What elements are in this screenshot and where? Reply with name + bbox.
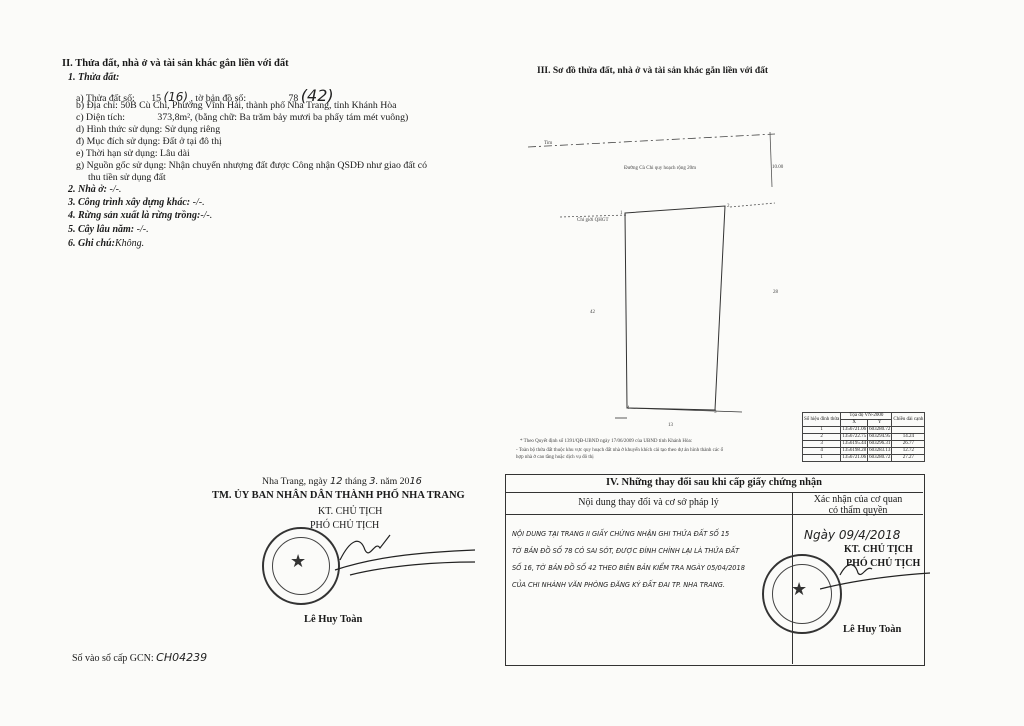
col-header-coords: Tọa độ VN-2000	[841, 413, 892, 420]
forest-value: -/-.	[200, 210, 212, 221]
diagram-note-3: hợp nhà ở cao tầng hoặc dịch vụ đô thị	[516, 455, 594, 460]
register-row: Số vào sổ cấp GCN: CH04239	[72, 651, 207, 664]
origin-line-1: g) Nguồn gốc sử dụng: Nhận chuyển nhượng…	[76, 160, 427, 171]
other-construction-row: 3. Công trình xây dựng khác: -/-.	[68, 197, 205, 208]
change-line-2: TỜ BẢN ĐỒ SỐ 78 CÓ SAI SÓT, ĐƯỢC ĐÍNH CH…	[512, 543, 745, 560]
issuing-org: TM. ỦY BAN NHÂN DÂN THÀNH PHỐ NHA TRANG	[212, 490, 465, 501]
center-line-label: Tim	[544, 141, 552, 146]
perennial-label: 5. Cây lâu năm:	[68, 224, 134, 235]
col-header-vertex: Số hiệu đỉnh thửa	[803, 413, 841, 427]
road-label: Đường Cù Chi quy hoạch rộng 20m	[624, 166, 696, 171]
forest-label: 4. Rừng sản xuất là rừng trồng:	[68, 210, 200, 221]
vertex-2: 2	[727, 204, 730, 209]
area-label: c) Diện tích:	[76, 112, 125, 123]
confirm-role-1: KT. CHỦ TỊCH	[844, 544, 913, 555]
signature-right	[820, 555, 930, 595]
signer-name-left: Lê Huy Toàn	[304, 614, 362, 625]
neighbor-bottom: 13	[668, 423, 673, 428]
col-header-x: X	[841, 420, 868, 427]
coordinate-table: Số hiệu đỉnh thửa Tọa độ VN-2000 Chiều d…	[802, 412, 925, 462]
house-value: -/-.	[109, 184, 121, 195]
date-year-label: năm 20	[380, 476, 409, 487]
table-row: 11356721.06603280.72	[803, 427, 925, 434]
perennial-row: 5. Cây lâu năm: -/-.	[68, 224, 149, 235]
change-line-3: SỐ 16, TỜ BẢN ĐỒ SỐ 42 THEO BIÊN BẢN KIỂ…	[512, 560, 745, 577]
issue-date-line: Nha Trang, ngày 12 tháng 3. năm 2016	[262, 476, 422, 487]
note-label: 6. Ghi chú:	[68, 238, 115, 249]
table-row: 11356721.06603280.7227.27	[803, 455, 925, 462]
use-form: d) Hình thức sử dụng: Sử dụng riêng	[76, 124, 220, 135]
col-header-confirm-line1: Xác nhận của cơ quan	[793, 494, 923, 505]
change-content: NỘI DUNG TẠI TRANG II GIẤY CHỨNG NHẬN GH…	[512, 526, 745, 594]
col-header-content: Nội dung thay đổi và cơ sở pháp lý	[505, 497, 792, 508]
diagram-note-1: * Theo Quyết định số 1391/QĐ-UBND ngày 1…	[520, 439, 692, 444]
table-row: 31356195.44603296.3126.77	[803, 441, 925, 448]
col-header-length: Chiều dài cạnh	[892, 413, 925, 427]
other-construction-value: -/-.	[193, 197, 205, 208]
col-header-confirm-line2: có thẩm quyền	[793, 505, 923, 516]
date-month-label: tháng	[345, 476, 367, 487]
section-2-title: II. Thửa đất, nhà ở và tài sản khác gắn …	[62, 58, 289, 69]
use-term: e) Thời hạn sử dụng: Lâu dài	[76, 148, 190, 159]
other-construction-label: 3. Công trình xây dựng khác:	[68, 197, 190, 208]
note-row: 6. Ghi chú:Không.	[68, 238, 144, 249]
col-header-confirm: Xác nhận của cơ quan có thẩm quyền	[793, 494, 923, 516]
official-stamp-left: ★	[262, 527, 340, 605]
forest-row: 4. Rừng sản xuất là rừng trồng:-/-.	[68, 210, 212, 221]
star-icon: ★	[791, 579, 807, 600]
section-3-title: III. Sơ đồ thửa đất, nhà ở và tài sản kh…	[537, 66, 768, 76]
section-4-title: IV. Những thay đổi sau khi cấp giấy chứn…	[505, 474, 923, 493]
date-day: 12	[330, 476, 342, 487]
boundary-label: Chỉ giới QHGT	[577, 218, 609, 223]
neighbor-left: 42	[590, 310, 595, 315]
house-label: 2. Nhà ở:	[68, 184, 107, 195]
area-row: c) Diện tích: 373,8m², (bằng chữ: Ba tră…	[76, 112, 408, 123]
perennial-value: -/-.	[137, 224, 149, 235]
date-prefix: Nha Trang, ngày	[262, 476, 328, 487]
change-line-1: NỘI DUNG TẠI TRANG II GIẤY CHỨNG NHẬN GH…	[512, 526, 745, 543]
role-kt-chairman: KT. CHỦ TỊCH	[318, 506, 382, 517]
vertex-4: 4	[627, 406, 630, 411]
note-value: Không.	[115, 238, 144, 249]
house-row: 2. Nhà ở: -/-.	[68, 184, 121, 195]
diagram-note-2: - Toàn bộ thửa đất thuộc khu vực quy hoạ…	[516, 448, 723, 453]
width-mark: 10.00	[772, 165, 783, 170]
vertex-3: 3	[714, 410, 717, 415]
confirm-signer: Lê Huy Toàn	[843, 624, 901, 635]
table-row: 21356722.75603294.9514.24	[803, 434, 925, 441]
confirm-date: Ngày 09/4/2018	[804, 528, 900, 542]
star-icon: ★	[290, 551, 306, 572]
neighbor-right: 28	[773, 290, 778, 295]
register-label: Số vào sổ cấp GCN:	[72, 653, 154, 664]
address: b) Địa chỉ: 50B Cù Chi, Phường Vĩnh Hải,…	[76, 100, 397, 111]
change-line-4: CỦA CHI NHÁNH VĂN PHÒNG ĐĂNG KÝ ĐẤT ĐAI …	[512, 577, 745, 594]
table-row: 41356198.28603283.1312.72	[803, 448, 925, 455]
origin-line-2: thu tiền sử dụng đất	[88, 172, 166, 183]
area-value: 373,8m², (bằng chữ: Ba trăm bảy mươi ba …	[157, 112, 408, 123]
register-number: CH04239	[156, 651, 207, 664]
land-certificate-page: II. Thửa đất, nhà ở và tài sản khác gắn …	[0, 0, 1024, 726]
col-header-y: Y	[868, 420, 892, 427]
vertex-1: 1	[620, 211, 623, 216]
use-purpose: đ) Mục đích sử dụng: Đất ở tại đô thị	[76, 136, 222, 147]
signature-left	[330, 530, 480, 580]
date-year: 16	[409, 476, 421, 487]
date-month: 3	[369, 476, 375, 487]
land-heading: 1. Thửa đất:	[68, 72, 119, 83]
